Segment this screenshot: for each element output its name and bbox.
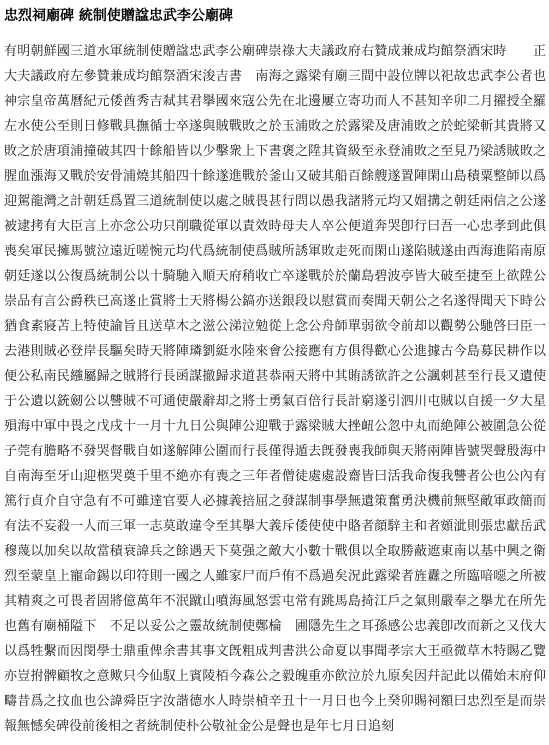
text-line: 神宗皇帝萬曆紀元倭酋秀吉弒其君擧國來寇公先在北邊屢立寄功而人不甚知辛卯二月擢授全… — [4, 89, 546, 114]
text-line: 烈至蒙皇上寵命錫以印符則一國之人雖家尸而戶侑不爲過矣況此露梁者旌纛之所臨喑噁之所… — [4, 564, 546, 589]
text-line: 左水使公至則日修戰具撫循士卒遂與賊戰敗之於玉浦敗之於露梁及唐浦敗之於蛇梁斬其貴將… — [4, 114, 546, 139]
text-line: 穆蔑以加矣以故當積衰諱兵之餘遇天下莫强之敵大小數十戰俱以全取勝蔽遮東南以基中興之… — [4, 539, 546, 564]
document-body: 有明朝鮮國三道水軍統制使贈諡忠武李公廟碑崇祿大夫議政府右贊成兼成均館祭酒宋時 正… — [4, 39, 546, 739]
text-line: 喪矣軍民擁馬號泣遠近嗟惋元均代爲統制使爲賊所誘軍敗走死而閑山遂陷賊遂由西海進陷南… — [4, 239, 546, 264]
text-line: 有明朝鮮國三道水軍統制使贈諡忠武李公廟碑崇祿大夫議政府右贊成兼成均館祭酒宋時 正… — [4, 39, 546, 64]
text-line: 敗之於唐項浦撞破其四十餘船皆以少擊衆上下書褒之陞其資級至永登浦敗之至見乃梁誘賊敗… — [4, 139, 546, 164]
text-line: 殞海中軍中畏之戊戌十一月十九日公與陣公迎戰于露梁賊大挫衄公忽中丸而絶陣公被圍急公… — [4, 414, 546, 439]
text-line: 被逮拷有大臣言上亦念公功只削職從軍以責效時母夫人卒公便道奔哭卽行曰吾一心忠孝到此… — [4, 214, 546, 239]
text-line: 篤行貞介自守急有不可雖達官要人必據義掊屈之發謀制事學無遺策奮勇決機前無堅敵軍政簡… — [4, 489, 546, 514]
text-line: 子莞有膽略不發哭督戰自如遂解陣公圍而行長僅得遁去旣發喪我師與天將兩陣皆號哭聲殷海… — [4, 439, 546, 464]
text-line: 猶食素寢苫上特使諭旨且送草木之滋公涕泣勉從上念公舟師單弱欲令前却以觀勢公馳啓曰臣… — [4, 314, 546, 339]
text-line: 以爲牲繫而因閔學士鼎重俾余書其事文旣粗成判書洪公命夏以事聞孝宗大王亟微草木特賜乙… — [4, 639, 546, 664]
text-line: 其精爽之可畏者固將億萬年不泯蹴山噴海風怒雲屯常有跳馬島掎江戶之氣則嚴奉之擧尤在所… — [4, 589, 546, 614]
document-title: 忠烈祠廟碑 統制使贈諡忠武李公廟碑 — [4, 7, 546, 25]
text-line: 去港則賊必登岸長驅矣時天將陣璘劉綎水陸來會公接應有方俱得歡心公進據古今島募民耕作… — [4, 339, 546, 364]
text-line: 朝廷遂以公復爲統制公以十騎馳入順天府稍收亡卒遂戰於於蘭島碧波亭皆大破至捷至上欲陞… — [4, 264, 546, 289]
text-line: 便公私南民繈屬歸之賊將行長函謀撤歸求道甚恭兩天將中其賄誘欲許之公諷刺甚至行長又遺… — [4, 364, 546, 389]
text-line: 大夫議政府左參贊兼成均館祭酒宋浚吉書 南海之露梁有廟三間中設位牌以祀故忠武李公者… — [4, 64, 546, 89]
text-line: 迎駕龍灣之計朝廷爲置三道統制使以處之賊畏甚行問以愚我諸將元均又媢搆之朝廷兩信之公… — [4, 189, 546, 214]
text-line: 腥血漲海又戰於安骨浦燒其船四十餘遂進戰於釜山又破其船百餘艘遂置陣閑山島積粟整師以… — [4, 164, 546, 189]
text-line: 報無憾矣碑役前後相之者統制使朴公敬祉金公是聲也是年七月日追刻 — [4, 714, 546, 739]
text-line: 崇品有言公爵秩已高遂止賞將士天將楊公鎬亦送銀段以慰賞而奏聞天朝公之名遂得聞天下時… — [4, 289, 546, 314]
text-line: 也舊有廟桶隘下 不足以妥公之靈故統制使鄭棆 圃隱先生之耳孫感公忠義卽改而新之又伐… — [4, 614, 546, 639]
document-page: 忠烈祠廟碑 統制使贈諡忠武李公廟碑 有明朝鮮國三道水軍統制使贈諡忠武李公廟碑崇祿… — [0, 0, 549, 745]
text-line: 自南海至牙山迎柩哭奠千里不絶亦有喪之三年者僧徒處處設齋皆曰活我命復我讐者公也公內… — [4, 464, 546, 489]
text-line: 疇昔爲之抆血也公諱舜臣字汝諧德水人時崇楨辛丑十一月日也今上癸卯賜祠額曰忠烈至是而… — [4, 689, 546, 714]
text-line: 于公遺以銃劒公以讐賊不可通使嚴辭却之將士勇氣百倍行長計窮遂引泗川屯賊以自援一夕大… — [4, 389, 546, 414]
text-line: 亦豈拊髀顧牧之意歟只今仙馭上賓陵栢今森公之毅魄重亦飮泣於九原矣因幷記此以備始末府… — [4, 664, 546, 689]
text-line: 有法不妄殺一人而三軍一志莫敢違令至其擧大義斥倭使使中賂者顔騂主和者頞泚則張忠獻岳… — [4, 514, 546, 539]
